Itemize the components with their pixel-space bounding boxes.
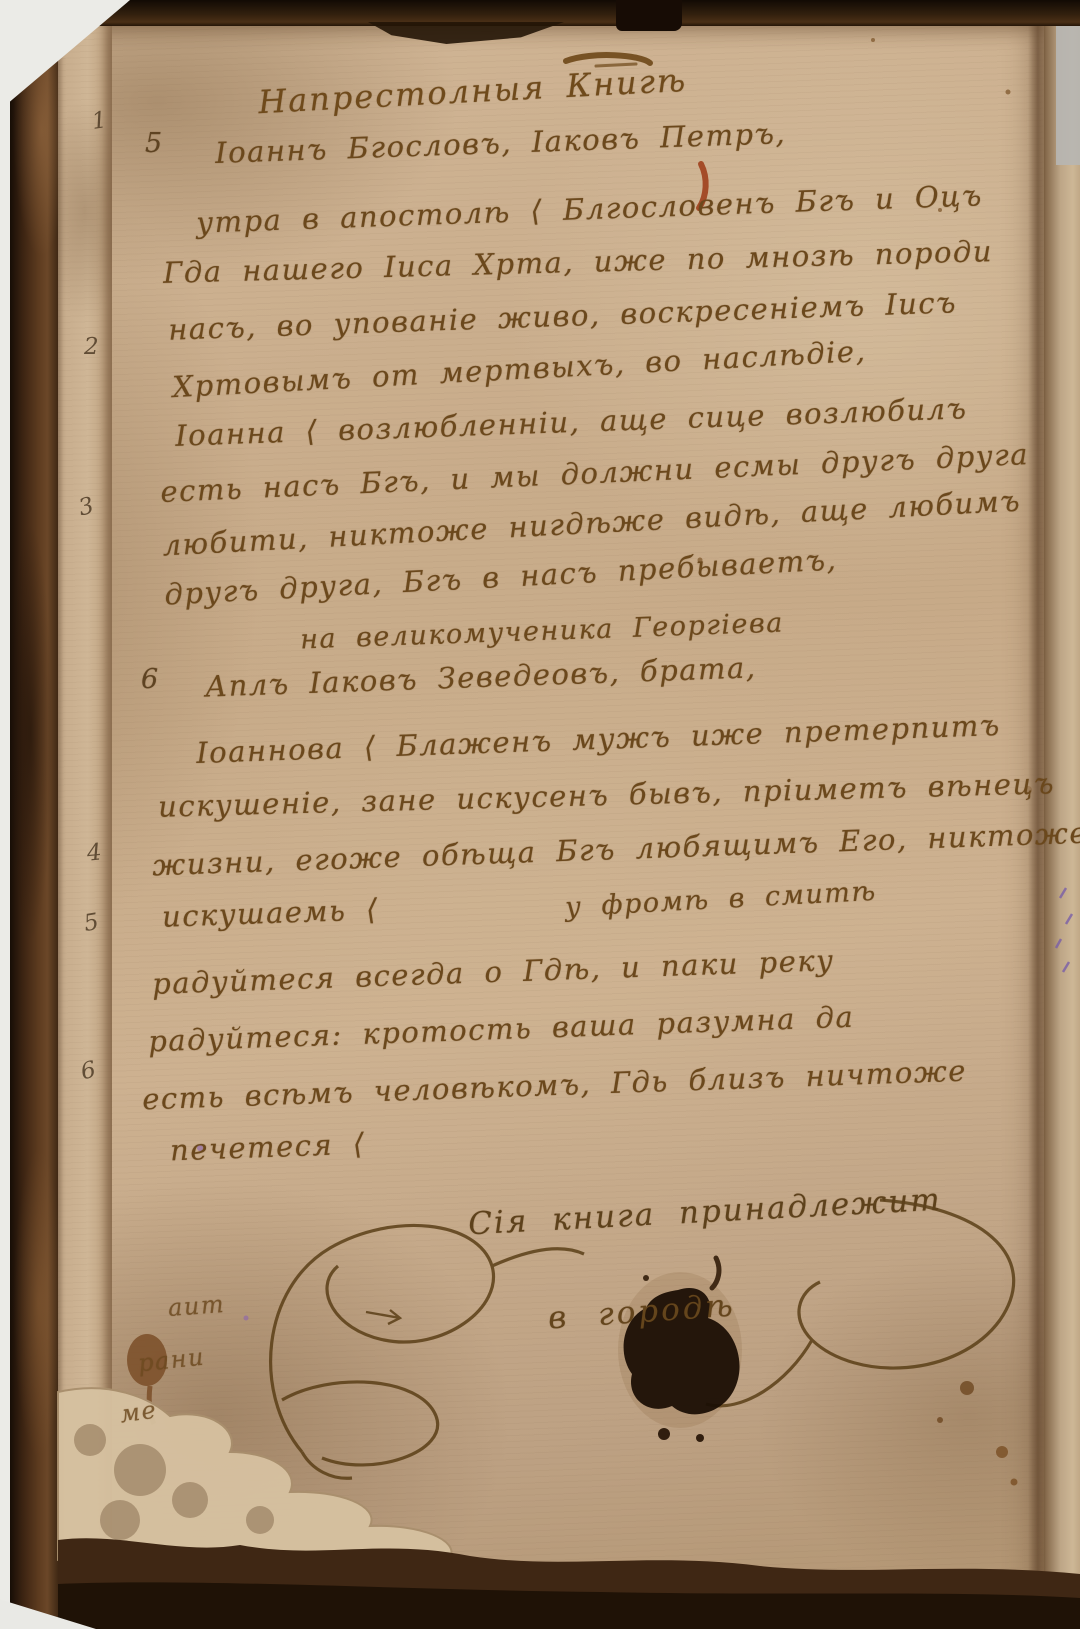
red-ink-smear xyxy=(699,164,706,208)
binding-top-edge xyxy=(0,0,1080,26)
manuscript-line: Іоаннова ⟨ Блаженъ мужъ иже претерпитъ xyxy=(196,708,1002,770)
signature-flourish xyxy=(271,1200,1014,1478)
paper-top-tear xyxy=(368,22,564,44)
manuscript-line: Іоанна ⟨ возлюбленніи, аще сице возлюбил… xyxy=(175,391,968,453)
manuscript-line: Аплъ Іаковъ Зеведеовъ, брата, xyxy=(205,650,757,703)
manuscript-line: есть всѣмъ человѣкомъ, Гдь близъ ничтоже xyxy=(142,1054,968,1117)
binding-fragment xyxy=(616,0,682,31)
torn-bottom-shadow xyxy=(58,1582,1080,1629)
page-fold-crease xyxy=(1028,24,1046,1606)
adjacent-page-edge xyxy=(1044,0,1080,1629)
margin-word: ме xyxy=(118,1396,159,1429)
left-guard-strip xyxy=(58,22,112,1596)
side-note: у фромѣ в смитѣ xyxy=(564,876,877,923)
ink-specks xyxy=(698,38,1033,794)
margin-folio-number: 2 xyxy=(84,334,99,360)
ink-blot xyxy=(618,1258,742,1442)
purple-marks xyxy=(1056,888,1072,972)
page-heading: Напрестолныя Книгѣ xyxy=(257,61,688,121)
ownership-inscription: Сія книга принадлежит xyxy=(467,1182,942,1243)
torn-bottom-edge xyxy=(58,1538,1080,1629)
margin-folio-number: 1 xyxy=(90,107,108,135)
margin-ink-blot xyxy=(127,1334,167,1424)
manuscript-line: печетеся ⟨ xyxy=(169,1127,366,1168)
margin-word: рани xyxy=(137,1343,206,1378)
manuscript-line: искушаемь ⟨ xyxy=(161,892,379,934)
section-number: 6 xyxy=(141,664,160,695)
manuscript-line: насъ, во упованіе живо, воскресеніемъ Іи… xyxy=(168,285,958,347)
manuscript-line: жизни, егоже обѣща Бгъ любящимъ Его, ник… xyxy=(152,816,1080,883)
manuscript-line: радуйтеся всегда о Гдѣ, и паки реку xyxy=(152,943,835,1001)
margin-folio-number: 6 xyxy=(78,1057,98,1085)
torn-paper-flap xyxy=(58,1388,452,1589)
signature-word: в городѣ xyxy=(547,1287,737,1336)
scan-corner xyxy=(0,0,130,110)
purple-speck xyxy=(244,1316,249,1321)
manuscript-line: Хртовымъ от мертвыхъ, во наслѣдіе, xyxy=(172,334,867,404)
margin-word: аит xyxy=(167,1290,226,1322)
interlude-rubric: на великомученика Георгіева xyxy=(300,608,785,656)
margin-folio-number: 3 xyxy=(76,493,96,522)
manuscript-line: другъ друга, Бгъ в насъ пребываетъ, xyxy=(164,542,838,611)
manuscript-line: Гда нашего Іиса Хрта, иже по мнозѣ пород… xyxy=(163,234,994,290)
book-spine-leather xyxy=(10,0,62,1629)
page-marks-overlay xyxy=(0,0,1080,1629)
scan-corner xyxy=(0,1592,96,1629)
stain-droplets xyxy=(937,1381,1018,1486)
manuscript-line: есть насъ Бгъ, и мы должни есмы другъ др… xyxy=(160,437,1030,509)
manuscript-scan: 1 2 3 4 5 6 Напрестолныя Книгѣ 5 Іоаннъ … xyxy=(0,0,1080,1629)
manuscript-line: Іоаннъ Бгословъ, Іаковъ Петръ, xyxy=(215,116,787,170)
page-paper xyxy=(58,22,1046,1606)
laid-paper-texture xyxy=(58,22,1046,1606)
scanner-edge xyxy=(1056,0,1080,165)
manuscript-line: любити, никтоже нигдѣже видѣ, аще любимъ xyxy=(162,484,1022,563)
manuscript-line: утра в апостолѣ ⟨ Блгословенъ Бгъ и Оцъ xyxy=(196,178,984,239)
manuscript-line: радуйтеся: кротость ваша разумна да xyxy=(148,1000,855,1059)
section-number: 5 xyxy=(145,128,164,159)
purple-speck xyxy=(197,1145,203,1151)
margin-folio-number: 4 xyxy=(86,839,103,866)
margin-folio-number: 5 xyxy=(82,909,101,937)
manuscript-line: искушеніе, зане искусенъ бывъ, пріиметъ … xyxy=(158,766,1056,823)
ink-dash xyxy=(566,55,650,66)
